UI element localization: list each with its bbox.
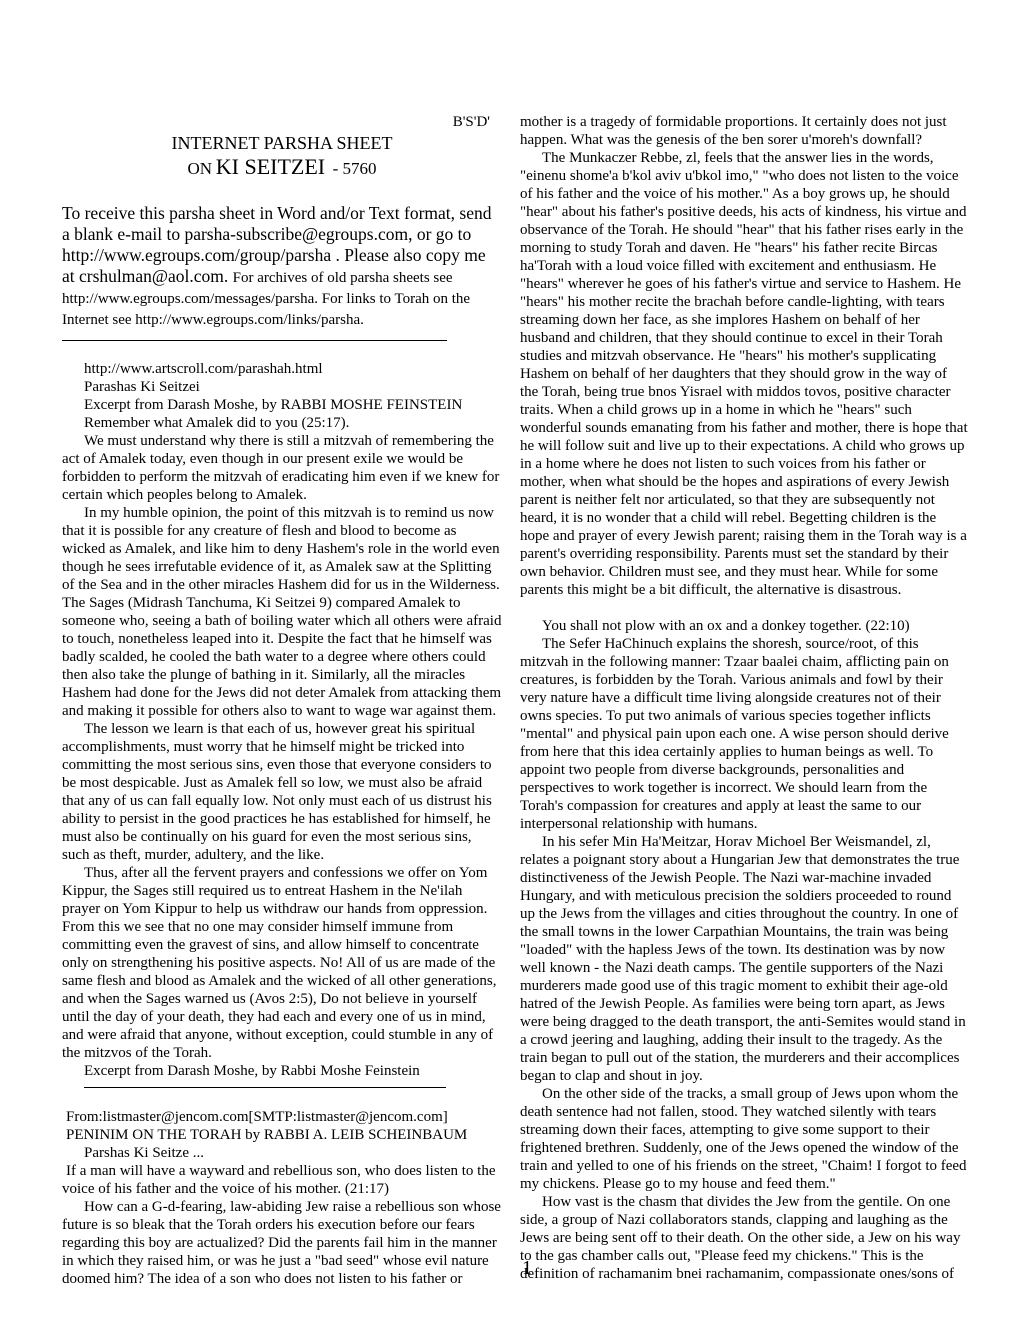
torah-verse-son: If a man will have a wayward and rebelli… (62, 1162, 502, 1198)
paragraph: How can a G-d-fearing, law-abiding Jew r… (62, 1198, 502, 1288)
page-number: 1 (522, 1256, 532, 1280)
left-column: B'S'D' INTERNET PARSHA SHEET ON KI SEITZ… (62, 113, 502, 1288)
email-from-line: From:listmaster@jencom.com[SMTP:listmast… (62, 1108, 502, 1126)
paragraph: mother is a tragedy of formidable propor… (520, 113, 968, 149)
parsha-title-on: ON (187, 159, 212, 178)
page-title: INTERNET PARSHA SHEET (62, 133, 502, 154)
paragraph: In his sefer Min Ha'Meitzar, Horav Micho… (520, 833, 968, 1085)
excerpt-heading: Excerpt from Darash Moshe, by RABBI MOSH… (62, 396, 502, 414)
parsha-title-name: KI SEITZEI (216, 154, 325, 179)
parashas-heading: Parashas Ki Seitzei (62, 378, 502, 396)
separator-line (84, 1087, 446, 1088)
parsha-title: ON KI SEITZEI - 5760 (62, 154, 502, 183)
torah-verse-amalek: Remember what Amalek did to you (25:17). (62, 414, 502, 432)
paragraph: The Sefer HaChinuch explains the shoresh… (520, 635, 968, 833)
paragraph: How vast is the chasm that divides the J… (520, 1193, 968, 1283)
paragraph: We must understand why there is still a … (62, 432, 502, 504)
torah-verse-ox: You shall not plow with an ox and a donk… (520, 617, 968, 635)
separator-line (62, 340, 447, 341)
paragraph: In my humble opinion, the point of this … (62, 504, 502, 720)
paragraph: The lesson we learn is that each of us, … (62, 720, 502, 864)
paragraph: On the other side of the tracks, a small… (520, 1085, 968, 1193)
bsd-label: B'S'D' (62, 113, 502, 131)
document-page: B'S'D' INTERNET PARSHA SHEET ON KI SEITZ… (0, 0, 1020, 1320)
excerpt-credit: Excerpt from Darash Moshe, by Rabbi Mosh… (62, 1062, 502, 1080)
right-column: mother is a tragedy of formidable propor… (520, 113, 968, 1283)
paragraph: The Munkaczer Rebbe, zl, feels that the … (520, 149, 968, 599)
peninim-heading: PENINIM ON THE TORAH by RABBI A. LEIB SC… (62, 1126, 502, 1144)
artscroll-url: http://www.artscroll.com/parashah.html (62, 360, 502, 378)
subscription-info: To receive this parsha sheet in Word and… (62, 203, 502, 331)
parsha-title-year: - 5760 (333, 159, 377, 178)
parshas-heading: Parshas Ki Seitze ... (62, 1144, 502, 1162)
paragraph: Thus, after all the fervent prayers and … (62, 864, 502, 1062)
